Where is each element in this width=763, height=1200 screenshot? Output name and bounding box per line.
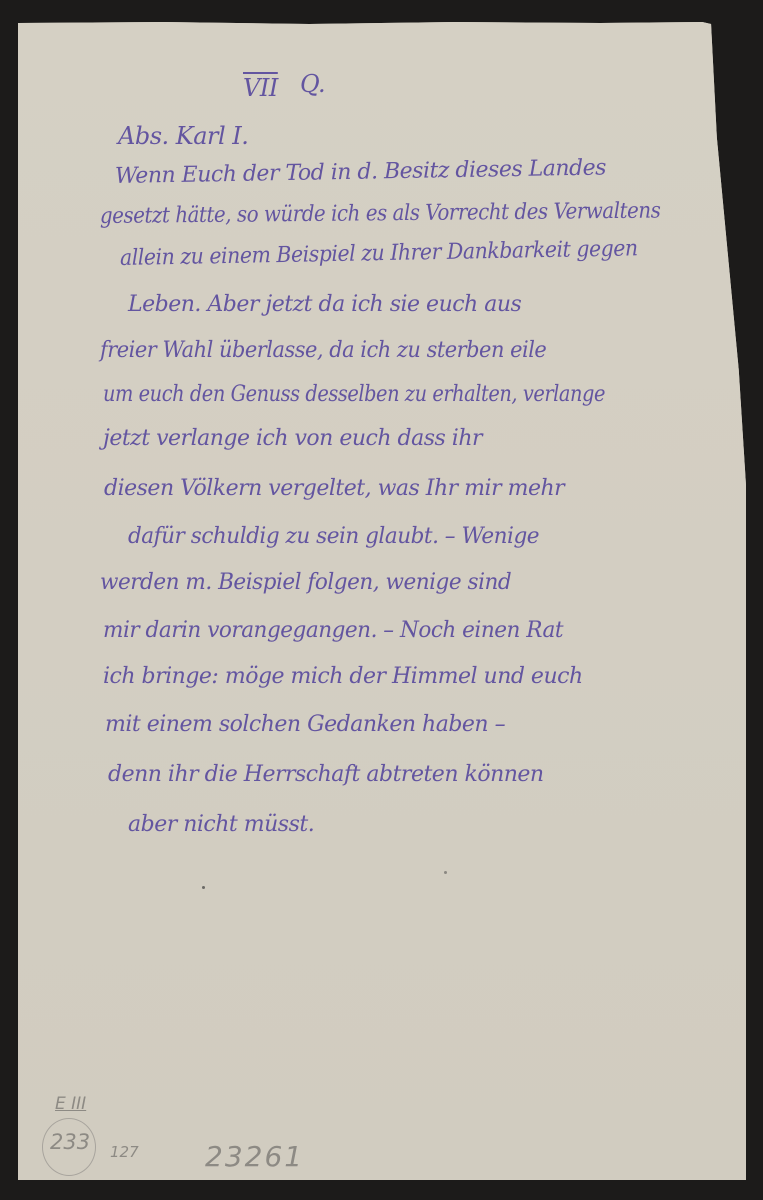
salutation: Abs. Karl I. [118, 122, 248, 150]
letter-line-8: diesen Völkern vergeltet, was Ihr mir me… [104, 476, 564, 501]
archival-folio-number: 127 [110, 1143, 139, 1161]
letter-line-11: mir darin vorangegangen. – Noch einen Ra… [103, 618, 563, 643]
ink-speck [444, 871, 447, 874]
page-mark: VII [243, 74, 278, 102]
letter-line-14: denn ihr die Herrschaft abtreten können [108, 762, 544, 787]
document-page [18, 22, 746, 1180]
letter-line-15: aber nicht müsst. [128, 812, 314, 837]
letter-line-6: um euch den Genuss desselben zu erhalten… [103, 382, 605, 407]
letter-line-4: Leben. Aber jetzt da ich sie euch aus [128, 292, 521, 317]
page-mark-suffix: Q. [300, 70, 325, 98]
letter-line-13: mit einem solchen Gedanken haben – [105, 712, 505, 737]
archival-section-mark: E III [55, 1094, 86, 1114]
letter-line-10: werden m. Beispiel folgen, wenige sind [100, 570, 511, 595]
letter-line-5: freier Wahl überlasse, da ich zu sterben… [100, 338, 546, 363]
letter-line-7: jetzt verlange ich von euch dass ihr [103, 426, 482, 451]
letter-line-12: ich bringe: möge mich der Himmel und euc… [103, 664, 583, 689]
archival-circled-number: 233 [50, 1130, 90, 1154]
letter-line-9: dafür schuldig zu sein glaubt. – Wenige [128, 524, 539, 549]
archival-inventory-number: 23261 [205, 1140, 304, 1173]
ink-speck [202, 886, 205, 889]
